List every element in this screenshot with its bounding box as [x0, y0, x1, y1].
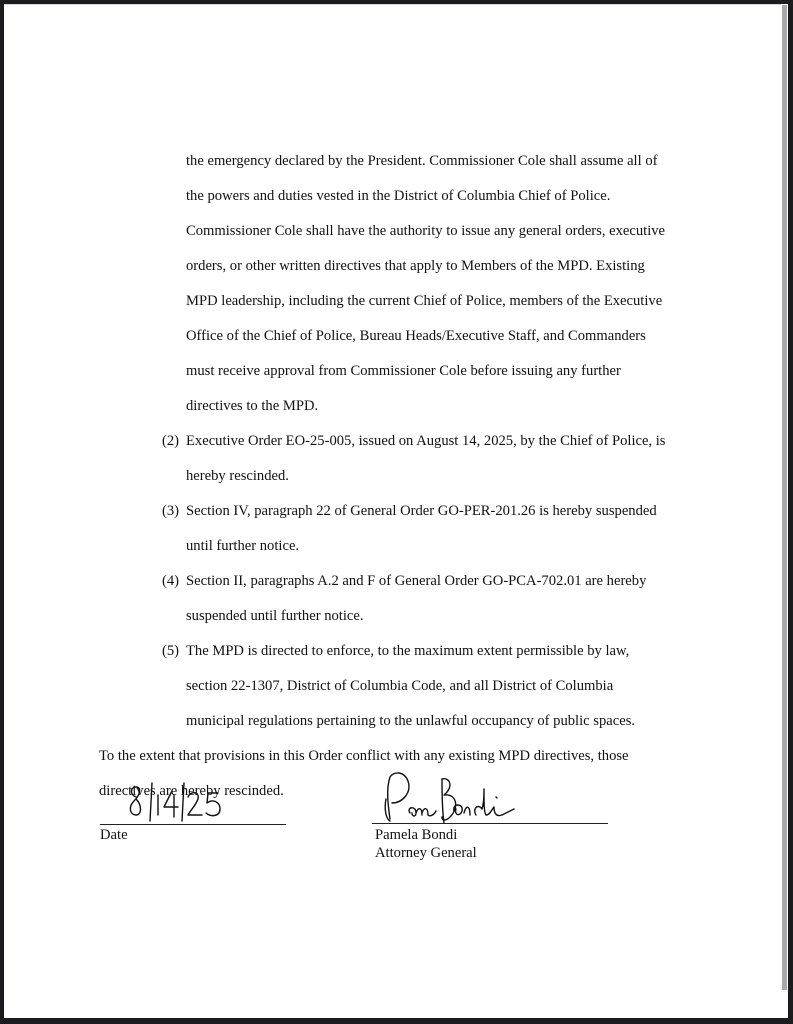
item-line: municipal regulations pertaining to the … — [186, 712, 635, 730]
document-page: the emergency declared by the President.… — [4, 4, 788, 1018]
item-line: section 22-1307, District of Columbia Co… — [186, 677, 613, 695]
intro-line: must receive approval from Commissioner … — [186, 362, 621, 380]
item-number: (5) — [162, 642, 179, 660]
item-line: Executive Order EO-25-005, issued on Aug… — [186, 432, 666, 450]
signer-name: Pamela Bondi — [375, 826, 457, 844]
intro-line: directives to the MPD. — [186, 397, 318, 415]
date-label: Date — [100, 826, 128, 844]
signer-title: Attorney General — [375, 844, 477, 862]
scrollbar-thumb[interactable] — [782, 5, 787, 990]
signature-line — [372, 823, 608, 824]
intro-line: MPD leadership, including the current Ch… — [186, 292, 662, 310]
intro-line: orders, or other written directives that… — [186, 257, 645, 275]
item-line: The MPD is directed to enforce, to the m… — [186, 642, 629, 660]
item-number: (3) — [162, 502, 179, 520]
handwritten-signature — [380, 769, 530, 825]
item-line: Section II, paragraphs A.2 and F of Gene… — [186, 572, 646, 590]
item-line: suspended until further notice. — [186, 607, 364, 625]
handwritten-date — [122, 781, 232, 825]
item-line: until further notice. — [186, 537, 299, 555]
closing-line: To the extent that provisions in this Or… — [99, 747, 629, 765]
item-line: Section IV, paragraph 22 of General Orde… — [186, 502, 657, 520]
date-signature-line — [100, 824, 286, 825]
intro-line: Office of the Chief of Police, Bureau He… — [186, 327, 646, 345]
item-line: hereby rescinded. — [186, 467, 289, 485]
intro-line: Commissioner Cole shall have the authori… — [186, 222, 665, 240]
intro-line: the emergency declared by the President.… — [186, 152, 657, 170]
item-number: (2) — [162, 432, 179, 450]
item-number: (4) — [162, 572, 179, 590]
intro-line: the powers and duties vested in the Dist… — [186, 187, 610, 205]
